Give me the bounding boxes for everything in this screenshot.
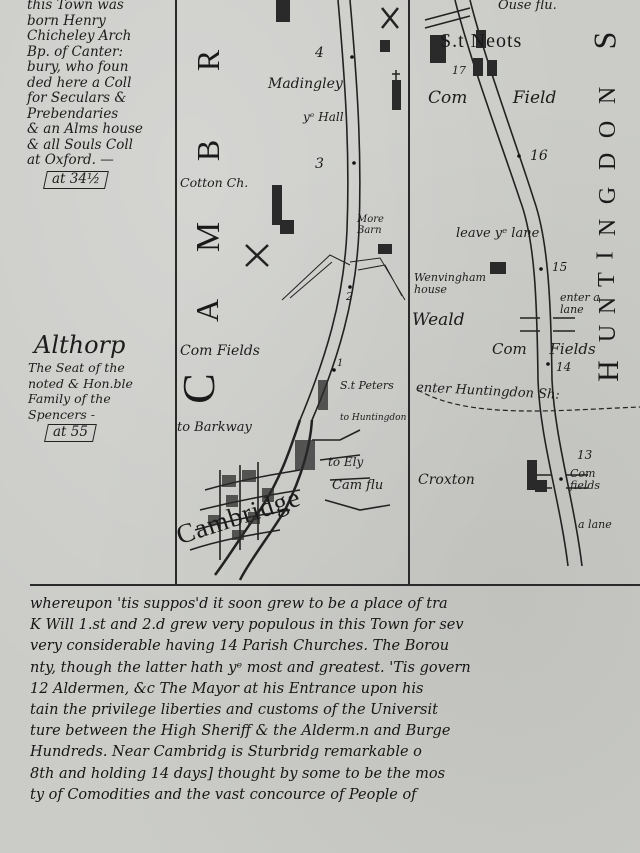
county-letter: G [595, 187, 622, 204]
place-label-croxton: Croxton [418, 472, 475, 488]
reference-box: at 34½ [43, 171, 109, 189]
mile-marker-14: 14 [556, 360, 571, 374]
place-label-enter-lane: enter a lane [560, 292, 600, 316]
place-label-to-ely: to Ely [328, 455, 363, 469]
althorp-heading: Althorp [34, 330, 133, 360]
place-label-weald: Weald [412, 310, 465, 330]
county-letter-C: C [172, 373, 225, 404]
place-label-st-peters: S.t Peters [340, 379, 394, 392]
county-letter: D [595, 153, 622, 170]
place-label-ouse-flu: Ouse flu. [498, 0, 557, 13]
caption-line: very considerable having 14 Parish Churc… [30, 636, 640, 657]
county-letter: N [595, 87, 622, 104]
note-line: born Henry [27, 14, 143, 30]
caption-line: 12 Aldermen, &c The Mayor at his Entranc… [30, 679, 640, 700]
mile-marker-16: 16 [530, 148, 548, 164]
note-line: for Seculars & [27, 91, 143, 107]
mile-marker-13: 13 [577, 448, 592, 462]
county-letter: I [593, 252, 620, 260]
side-note-chicheley: this Town was born Henry Chicheley Arch … [27, 0, 143, 188]
caption-line: 8th and holding 14 days] thought by some… [30, 764, 640, 785]
note-line: & all Souls Coll [27, 138, 143, 154]
reference-label: at 55 [53, 425, 88, 441]
note-line: Bp. of Canter: [27, 45, 143, 61]
note-line: Family of the [28, 391, 133, 407]
note-line: Chicheley Arch [27, 29, 143, 45]
place-label-a-lane: a lane [578, 518, 612, 531]
place-label-com-fields-13: Com fields [570, 468, 620, 492]
county-letter: N [595, 219, 622, 236]
mile-marker-2: 2 [346, 290, 353, 303]
town-label-st-neots: S.t Neots [440, 30, 522, 53]
caption-line: K Will 1.st and 2.d grew very populous i… [30, 615, 640, 636]
place-label-cotton-ch: Cotton Ch. [180, 175, 248, 190]
place-label-madingley: Madingley [268, 76, 343, 92]
caption-paragraph: whereupon 'tis suppos'd it soon grew to … [30, 594, 640, 806]
place-label-the-hall: yᵉ Hall [303, 110, 344, 124]
mile-marker-4: 4 [315, 45, 324, 61]
mile-marker-3: 3 [315, 156, 324, 172]
caption-line: nty, though the latter hath yᵉ most and … [30, 658, 640, 679]
county-letter: O [595, 121, 622, 138]
county-letter: U [595, 325, 622, 342]
place-label-cam-flu: Cam flu [332, 478, 383, 493]
place-label-to-huntingdon: to Huntingdon [340, 413, 406, 423]
caption-line: ty of Comodities and the vast concource … [30, 785, 640, 806]
county-letter: H [592, 360, 626, 382]
place-label-leave-lane: leave yᵉ lane [456, 226, 539, 241]
county-letter-B: B [190, 140, 227, 161]
caption-line: Hundreds. Near Cambridg is Sturbridg rem… [30, 742, 640, 763]
reference-label: at 34½ [52, 172, 100, 188]
place-label-to-barkway: to Barkway [177, 420, 252, 435]
place-label-wenvingham-house: Wenvingham house [414, 272, 494, 296]
note-line: bury, who foun [27, 60, 143, 76]
note-line: Prebendaries [27, 107, 143, 123]
county-letter-R: R [190, 50, 227, 71]
place-label-more-barn: More Barn [357, 214, 397, 236]
mile-marker-17: 17 [452, 64, 466, 77]
county-label-huntingdonshire: H U N T I N G D O N S [590, 16, 634, 396]
caption-line: whereupon 'tis suppos'd it soon grew to … [30, 594, 640, 615]
place-label-com-fields: Com Fields [180, 343, 260, 359]
county-letter: S [586, 32, 623, 50]
county-letter-A: A [189, 299, 226, 322]
place-label-com-field: Com Field [428, 88, 556, 108]
caption-line: tain the privilege liberties and customs… [30, 700, 640, 721]
mile-marker-1: 1 [337, 358, 343, 369]
note-line: Spencers - [28, 407, 133, 423]
side-note-althorp: Althorp The Seat of the noted & Hon.ble … [28, 330, 133, 442]
note-line: this Town was [27, 0, 143, 14]
county-letter-M: M [190, 222, 228, 252]
reference-box: at 55 [44, 424, 97, 442]
note-line: The Seat of the [28, 360, 133, 376]
place-label-com-fields-right: Com Fields [492, 340, 596, 358]
note-line: at Oxford. — [27, 153, 143, 169]
note-line: ded here a Coll [27, 76, 143, 92]
note-line: noted & Hon.ble [28, 376, 133, 392]
mile-marker-15: 15 [552, 260, 567, 274]
county-letter: T [594, 272, 621, 287]
note-line: & an Alms house [27, 122, 143, 138]
caption-line: ture between the High Sheriff & the Alde… [30, 721, 640, 742]
